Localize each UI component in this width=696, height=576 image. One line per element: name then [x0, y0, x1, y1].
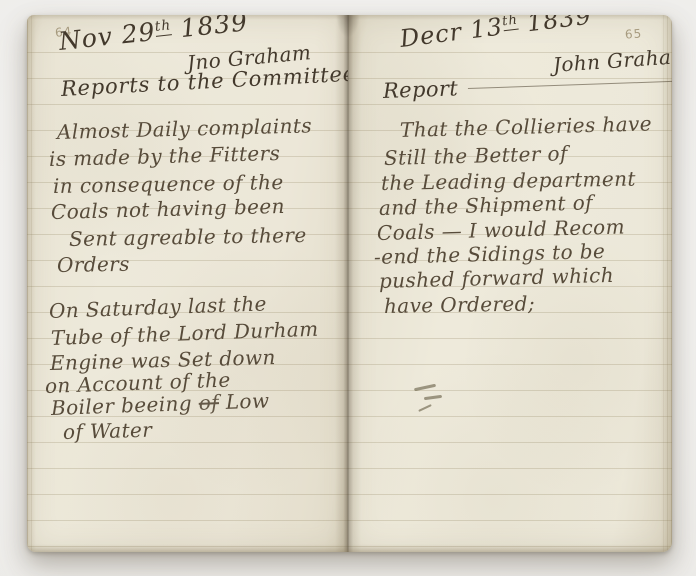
manuscript-line: Orders — [57, 254, 130, 275]
manuscript-book: 64 Nov 29th 1839 Jno Graham Reports to t… — [27, 15, 672, 552]
struck-word: of — [198, 390, 219, 415]
manuscript-line: have Ordered; — [384, 293, 535, 316]
manuscript-line: Coals not having been — [51, 196, 285, 222]
report-label: Report — [383, 76, 459, 103]
entry-date-left-ordinal: th — [154, 17, 172, 37]
manuscript-line: is made by the Fitters — [49, 143, 281, 169]
entry-date-right-year: 1839 — [525, 15, 593, 37]
manuscript-line: That the Collieries have — [400, 113, 652, 140]
ink-smudge — [410, 383, 450, 415]
manuscript-line: and the Shipment of — [379, 192, 593, 218]
manuscript-line-amended: Boiler beeing of Low — [51, 390, 270, 418]
amendment-pre: Boiler beeing — [51, 391, 193, 420]
manuscript-line: Almost Daily complaints — [57, 115, 312, 142]
manuscript-line: Tube of the Lord Durham — [51, 319, 319, 348]
manuscript-line: Sent agreable to there — [69, 225, 307, 249]
manuscript-line: On Saturday last the — [49, 293, 267, 321]
left-page: 64 Nov 29th 1839 Jno Graham Reports to t… — [27, 15, 348, 552]
right-page: 65 Decr 13th 1839 John Graham Report Tha… — [348, 15, 672, 552]
entry-heading-left: Reports to the Committee — [60, 64, 348, 100]
entry-date-left-year: 1839 — [179, 15, 249, 43]
report-heading: Report — [383, 71, 672, 102]
manuscript-line: of Water — [63, 420, 153, 442]
manuscript-line: Still the Better of — [384, 143, 568, 168]
manuscript-line: pushed forward which — [379, 265, 615, 291]
entry-date-right-day: Decr 13 — [398, 15, 504, 53]
folio-number-right: 65 — [625, 26, 643, 41]
entry-date-right-ordinal: th — [501, 15, 519, 31]
entry-date-right: Decr 13th 1839 — [399, 15, 594, 51]
manuscript-line: in consequence of the — [53, 172, 284, 196]
report-underline — [468, 80, 672, 89]
entry-date-left-day: Nov 29 — [57, 17, 156, 56]
amendment-post: Low — [225, 388, 269, 414]
manuscript-line: the Leading department — [381, 169, 636, 193]
